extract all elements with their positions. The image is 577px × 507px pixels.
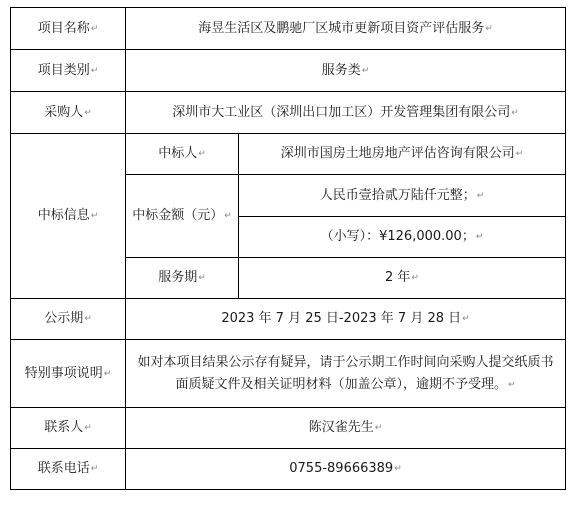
amount-label: 中标金额（元）↵ — [126, 175, 239, 258]
amount-value-figures: （小写）：¥126,000.00；↵ — [239, 217, 566, 258]
paragraph-mark-icon: ↵ — [394, 464, 402, 474]
paragraph-mark-icon: ↵ — [91, 66, 99, 76]
row-purchaser: 采购人↵ 深圳市大工业区（深圳出口加工区）开发管理集团有限公司↵ — [11, 92, 566, 134]
award-notice-document: 项目名称↵ 海昱生活区及鹏驰厂区城市更新项目资产评估服务↵ 项目类别↵ 服务类↵… — [10, 7, 565, 499]
amount-value-words: 人民币壹拾贰万陆仟元整；↵ — [239, 175, 566, 217]
contact-person-value: 陈汉雀先生↵ — [126, 408, 566, 449]
project-name-label: 项目名称↵ — [11, 8, 126, 50]
project-category-value: 服务类↵ — [126, 50, 566, 92]
paragraph-mark-icon: ↵ — [91, 464, 99, 474]
contact-phone-label: 联系电话↵ — [11, 449, 126, 490]
paragraph-mark-icon: ↵ — [84, 423, 92, 433]
paragraph-mark-icon: ↵ — [198, 149, 206, 159]
paragraph-mark-icon: ↵ — [84, 108, 92, 118]
purchaser-label: 采购人↵ — [11, 92, 126, 134]
contact-person-label: 联系人↵ — [11, 408, 126, 449]
award-notice-table: 项目名称↵ 海昱生活区及鹏驰厂区城市更新项目资产评估服务↵ 项目类别↵ 服务类↵… — [10, 7, 566, 490]
paragraph-mark-icon: ↵ — [91, 211, 99, 221]
paragraph-mark-icon: ↵ — [462, 314, 470, 324]
paragraph-mark-icon: ↵ — [476, 232, 484, 242]
paragraph-mark-icon: ↵ — [104, 369, 112, 379]
award-info-label: 中标信息↵ — [11, 134, 126, 299]
row-special-notes: 特别事项说明↵ 如对本项目结果公示存有疑异，请于公示期工作时间向采购人提交纸质书… — [11, 340, 566, 408]
paragraph-mark-icon: ↵ — [362, 66, 370, 76]
row-award-winner: 中标信息↵ 中标人↵ 深圳市国房土地房地产评估咨询有限公司↵ — [11, 134, 566, 175]
publicity-period-value: 2023 年 7 月 25 日-2023 年 7 月 28 日↵ — [126, 299, 566, 340]
contact-phone-value: 0755-89666389↵ — [126, 449, 566, 490]
paragraph-mark-icon: ↵ — [84, 314, 92, 324]
special-notes-value: 如对本项目结果公示存有疑异，请于公示期工作时间向采购人提交纸质书面质疑文件及相关… — [126, 340, 566, 408]
row-contact-person: 联系人↵ 陈汉雀先生↵ — [11, 408, 566, 449]
service-period-label: 服务期↵ — [126, 258, 239, 299]
row-publicity-period: 公示期↵ 2023 年 7 月 25 日-2023 年 7 月 28 日↵ — [11, 299, 566, 340]
paragraph-mark-icon: ↵ — [477, 191, 485, 201]
paragraph-mark-icon: ↵ — [198, 273, 206, 283]
publicity-period-label: 公示期↵ — [11, 299, 126, 340]
paragraph-mark-icon: ↵ — [375, 423, 383, 433]
winner-label: 中标人↵ — [126, 134, 239, 175]
project-category-label: 项目类别↵ — [11, 50, 126, 92]
paragraph-mark-icon: ↵ — [485, 24, 493, 34]
winner-value: 深圳市国房土地房地产评估咨询有限公司↵ — [239, 134, 566, 175]
paragraph-mark-icon: ↵ — [511, 108, 519, 118]
paragraph-mark-icon: ↵ — [91, 24, 99, 34]
row-contact-phone: 联系电话↵ 0755-89666389↵ — [11, 449, 566, 490]
paragraph-mark-icon: ↵ — [411, 273, 419, 283]
paragraph-mark-icon: ↵ — [508, 380, 516, 390]
purchaser-value: 深圳市大工业区（深圳出口加工区）开发管理集团有限公司↵ — [126, 92, 566, 134]
row-project-name: 项目名称↵ 海昱生活区及鹏驰厂区城市更新项目资产评估服务↵ — [11, 8, 566, 50]
project-name-value: 海昱生活区及鹏驰厂区城市更新项目资产评估服务↵ — [126, 8, 566, 50]
special-notes-label: 特别事项说明↵ — [11, 340, 126, 408]
paragraph-mark-icon: ↵ — [516, 149, 524, 159]
paragraph-mark-icon: ↵ — [224, 211, 232, 221]
row-project-category: 项目类别↵ 服务类↵ — [11, 50, 566, 92]
service-period-value: 2 年↵ — [239, 258, 566, 299]
